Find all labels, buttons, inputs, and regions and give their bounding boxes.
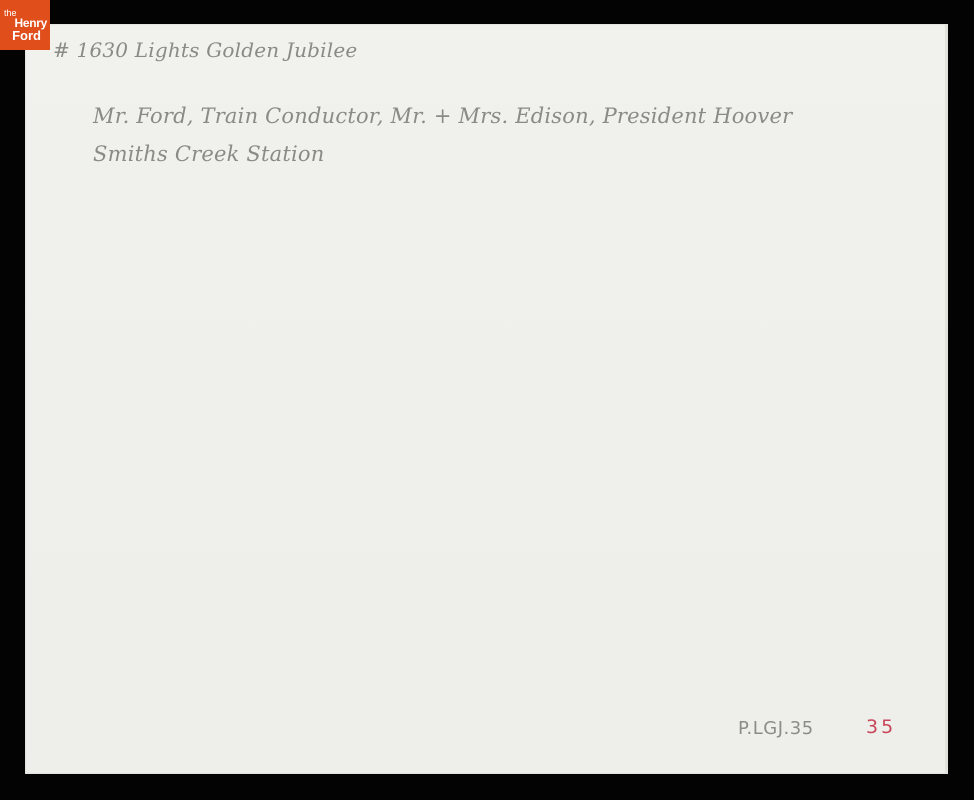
handwritten-caption-location: Smiths Creek Station — [93, 142, 324, 166]
logo-text-ford: Ford — [12, 29, 41, 42]
item-number: 35 — [866, 716, 896, 738]
photo-back-viewer: # 1630 Lights Golden Jubilee Mr. Ford, T… — [0, 0, 974, 800]
catalog-id: P.LGJ.35 — [738, 718, 814, 739]
handwritten-caption-people: Mr. Ford, Train Conductor, Mr. + Mrs. Ed… — [93, 104, 792, 128]
henry-ford-logo[interactable]: the Henry Ford — [0, 0, 50, 50]
photograph-verso: # 1630 Lights Golden Jubilee Mr. Ford, T… — [25, 24, 948, 774]
logo-text-henry: Henry — [14, 17, 47, 29]
handwritten-title: # 1630 Lights Golden Jubilee — [53, 38, 357, 62]
